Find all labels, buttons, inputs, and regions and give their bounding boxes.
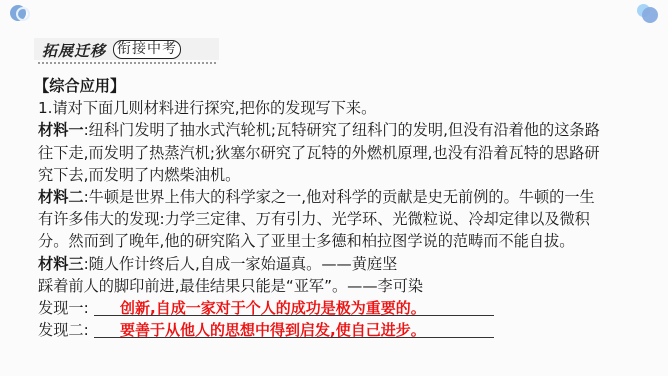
decorative-ring-icon xyxy=(16,7,30,21)
material-text: :随人作计终后人,自成一家始逼真。——黄庭坚 xyxy=(84,255,398,273)
material-text: :牛顿是世界上伟大的科学家之一,他对科学的贡献是史无前例的。牛顿的一生 xyxy=(84,188,595,206)
material-1-line-2: 往下走,而发明了热蒸汽机;狄塞尔研究了瓦特的外燃机原理,也没有沿着瓦特的思路研 xyxy=(38,142,648,164)
question-text: 1.请对下面几则材料进行探究,把你的发现写下来。 xyxy=(38,97,648,119)
material-text: :纽科门发明了抽水式汽轮机;瓦特研究了纽科门的发明,但没有沿着他的这条路 xyxy=(84,121,600,139)
material-2-line-2: 有许多伟大的发现:力学三定律、万有引力、光学环、光微粒说、冷却定律以及微积 xyxy=(38,208,648,230)
finding-answer: 创新,自成一家对于个人的成功是极为重要的。 xyxy=(120,297,426,319)
finding-label: 发现二: xyxy=(38,321,89,339)
banner-divider xyxy=(38,62,216,64)
material-2-line-1: 材料二:牛顿是世界上伟大的科学家之一,他对科学的贡献是史无前例的。牛顿的一生 xyxy=(38,186,648,208)
material-1-line-1: 材料一:纽科门发明了抽水式汽轮机;瓦特研究了纽科门的发明,但没有沿着他的这条路 xyxy=(38,119,648,141)
finding-label: 发现一: xyxy=(38,299,89,317)
decorative-circle-icon xyxy=(642,7,658,23)
material-3-line-1: 材料三:随人作计终后人,自成一家始逼真。——黄庭坚 xyxy=(38,253,648,275)
section-heading: 【综合应用】 xyxy=(34,75,648,97)
material-label: 材料三 xyxy=(38,255,84,273)
document-body: 【综合应用】 1.请对下面几则材料进行探究,把你的发现写下来。 材料一:纽科门发… xyxy=(38,75,648,341)
banner-subtitle: 衔接中考 xyxy=(113,40,181,59)
finding-2: 发现二: 要善于从他人的思想中得到启发,使自己进步。 xyxy=(38,319,648,341)
material-label: 材料二 xyxy=(38,188,84,206)
finding-1: 发现一: 创新,自成一家对于个人的成功是极为重要的。 xyxy=(38,297,648,319)
banner-title: 拓展迁移 xyxy=(42,40,106,61)
material-label: 材料一 xyxy=(38,121,84,139)
material-3-line-2: 踩着前人的脚印前进,最佳结果只能是“亚军”。——李可染 xyxy=(38,275,648,297)
finding-answer: 要善于从他人的思想中得到启发,使自己进步。 xyxy=(120,319,426,341)
material-1-line-3: 究下去,而发明了内燃柴油机。 xyxy=(38,164,648,186)
material-2-line-3: 分。然而到了晚年,他的研究陷入了亚里士多德和柏拉图学说的范畴而不能自拔。 xyxy=(38,230,648,252)
